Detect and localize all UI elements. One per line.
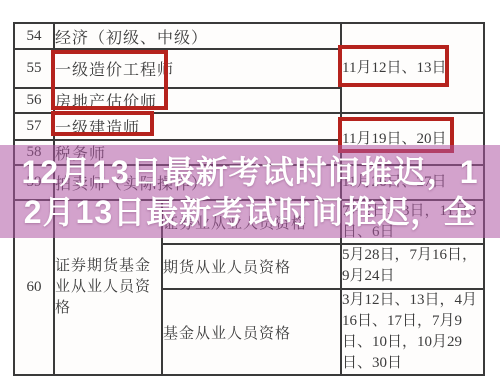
highlight-box-name-57: [51, 111, 154, 136]
exam-date: 3月12日、13日，4月16日、17日，7月9日、10日，10月29日、30日: [341, 289, 484, 375]
highlight-box-names-55-56: [51, 50, 168, 110]
exam-name: 经济（初级、中级）: [54, 23, 341, 49]
article-image: 54 经济（初级、中级） 11月12日、13日 55 一级造价工程师 56 房地…: [0, 0, 500, 384]
banner-line-2: 2月13日最新考试时间推迟，全: [24, 192, 476, 232]
row-number: 55: [14, 49, 54, 88]
row-number: 56: [14, 88, 54, 113]
exam-date: 5月28日，7月16日，9月24日: [341, 244, 484, 289]
exam-subname: 期货从业人员资格: [162, 244, 341, 289]
banner-line-1: 12月13日最新考试时间推迟，1: [22, 152, 479, 192]
highlight-box-date-54-56: [338, 45, 449, 87]
exam-subname: 基金从业人员资格: [162, 289, 341, 375]
row-number: 54: [14, 23, 54, 49]
row-number: 57: [14, 113, 54, 140]
banner-overlay: 12月13日最新考试时间推迟，1 2月13日最新考试时间推迟，全: [0, 145, 500, 238]
